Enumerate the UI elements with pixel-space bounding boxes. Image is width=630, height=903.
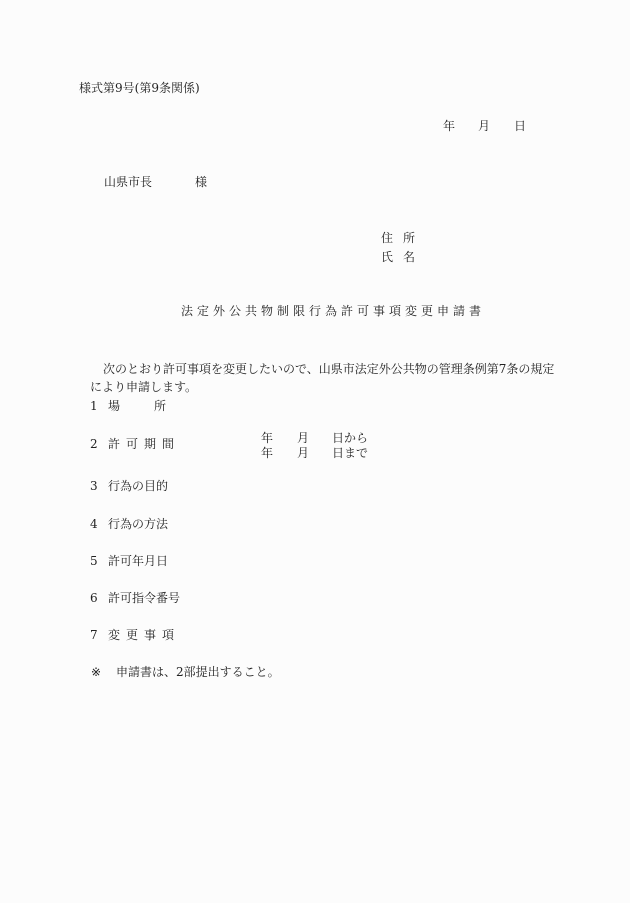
note-text: 申請書は、2部提出すること。 xyxy=(116,665,280,679)
item-method: 4行為の方法 xyxy=(90,517,168,531)
form-number: 様式第9号(第9条関係) xyxy=(79,81,200,95)
period-from-day: 日から xyxy=(332,431,368,445)
period-to-day: 日まで xyxy=(332,446,368,460)
item-number: 3 xyxy=(90,479,108,493)
item-permit-order-number: 6許可指令番号 xyxy=(90,591,180,605)
item-changes: 7変更事項 xyxy=(90,628,180,642)
addressee-honorific: 様 xyxy=(195,175,207,189)
date-day-label: 日 xyxy=(514,119,526,133)
item-location: 1場所 xyxy=(90,399,166,413)
item-label: 許可年月日 xyxy=(108,554,168,568)
document-title: 法定外公共物制限行為許可事項変更申請書 xyxy=(181,304,485,318)
item-number: 5 xyxy=(90,554,108,568)
period-from-month: 月 xyxy=(297,431,309,445)
applicant-address-label: 住所 xyxy=(381,231,425,245)
period-from-year: 年 xyxy=(261,431,273,445)
period-to-year: 年 xyxy=(261,446,273,460)
item-number: 7 xyxy=(90,628,108,642)
item-label: 変更事項 xyxy=(108,628,180,642)
date-year-label: 年 xyxy=(443,119,455,133)
item-purpose: 3行為の目的 xyxy=(90,479,168,493)
item-label-part-1: 場 xyxy=(108,399,154,413)
body-text-line-2: により申請します。 xyxy=(90,380,197,394)
addressee-name: 山県市長 xyxy=(104,175,152,189)
date-month-label: 月 xyxy=(478,119,490,133)
item-number: 6 xyxy=(90,591,108,605)
item-permit-period: 2許可期間 xyxy=(90,437,180,451)
item-permit-date: 5許可年月日 xyxy=(90,554,168,568)
item-number: 2 xyxy=(90,437,108,451)
item-number: 4 xyxy=(90,517,108,531)
item-number: 1 xyxy=(90,399,108,413)
period-to-month: 月 xyxy=(297,446,309,460)
submission-note: ※申請書は、2部提出すること。 xyxy=(91,665,280,679)
item-label: 行為の目的 xyxy=(108,479,168,493)
item-label: 行為の方法 xyxy=(108,517,168,531)
reference-mark-icon: ※ xyxy=(91,665,116,679)
body-text-line-1: 次のとおり許可事項を変更したいので、山県市法定外公共物の管理条例第7条の規定 xyxy=(103,362,554,376)
applicant-name-label: 氏名 xyxy=(381,250,425,264)
item-label-part-2: 所 xyxy=(154,399,166,413)
item-label: 許可期間 xyxy=(108,437,180,451)
item-label: 許可指令番号 xyxy=(108,591,180,605)
